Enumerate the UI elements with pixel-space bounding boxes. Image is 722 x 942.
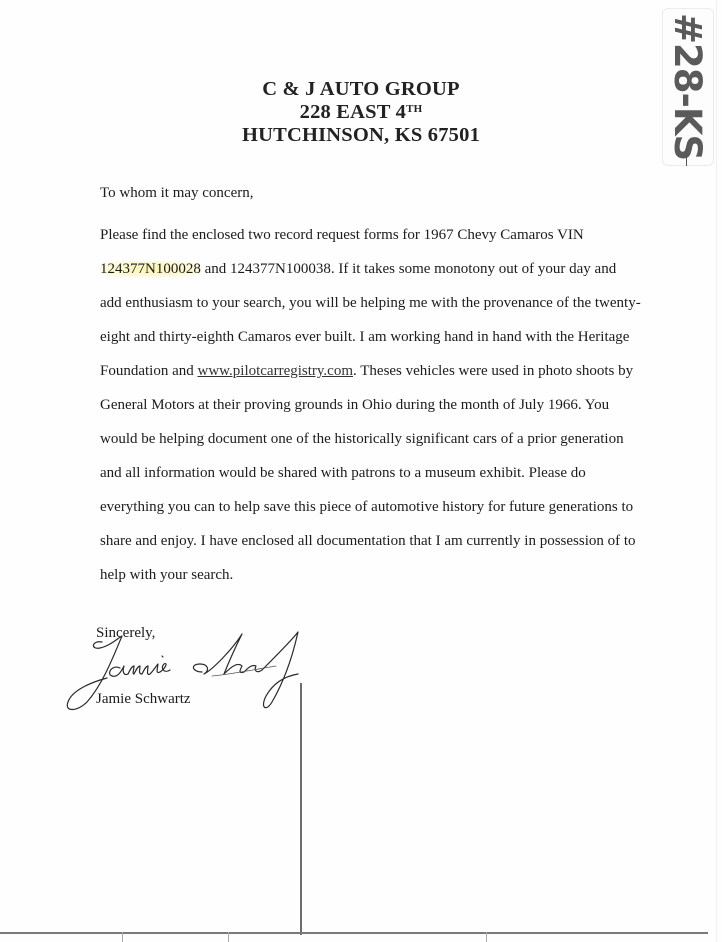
line-text: . Theses vehicles were used in photo sho… [353, 363, 633, 379]
body-line: 124377N100028 and 124377N100038. If it t… [100, 252, 620, 286]
body-line: General Motors at their proving grounds … [100, 388, 620, 422]
handwritten-tag: #28-KS [663, 10, 711, 164]
body-line: and all information would be shared with… [100, 456, 620, 490]
letterhead: C & J AUTO GROUP 228 EAST 4TH HUTCHINSON… [0, 78, 722, 147]
tag-mark [686, 148, 687, 166]
body-line: add enthusiasm to your search, you will … [100, 286, 620, 320]
signer-name: Jamie Schwartz [96, 689, 191, 709]
letter-body: Please find the enclosed two record requ… [100, 218, 620, 592]
body-line: share and enjoy. I have enclosed all doc… [100, 524, 620, 558]
city-state-zip: HUTCHINSON, KS 67501 [0, 124, 722, 147]
scan-frame-tick [486, 932, 487, 942]
line-text: eight and thirty-eighth Camaros ever bui… [100, 329, 629, 345]
company-name: C & J AUTO GROUP [0, 78, 722, 101]
scan-frame-horizontal-line [0, 932, 708, 934]
body-line: Foundation and www.pilotcarregistry.com.… [100, 354, 620, 388]
line-text: General Motors at their proving grounds … [100, 397, 609, 413]
line-text: help with your search. [100, 567, 233, 583]
line-text: share and enjoy. I have enclosed all doc… [100, 533, 636, 549]
body-line: would be helping document one of the his… [100, 422, 620, 456]
line-text: and all information would be shared with… [100, 465, 586, 481]
line-text: add enthusiasm to your search, you will … [100, 295, 641, 311]
body-line: everything you can to help save this pie… [100, 490, 620, 524]
street-text: 228 EAST 4 [300, 101, 406, 123]
line-text: would be helping document one of the his… [100, 431, 624, 447]
street-address: 228 EAST 4TH [0, 101, 722, 124]
scan-frame-tick [228, 932, 229, 942]
body-line: eight and thirty-eighth Camaros ever bui… [100, 320, 620, 354]
highlighted-vin: 124377N100028 [100, 261, 201, 277]
scan-frame-tick [122, 932, 123, 942]
scanned-letter-page: C & J AUTO GROUP 228 EAST 4TH HUTCHINSON… [0, 0, 722, 942]
scan-frame-vertical-line [300, 683, 302, 935]
line-text: Please find the enclosed two record requ… [100, 227, 584, 243]
salutation: To whom it may concern, [100, 183, 254, 203]
line-text: and 124377N100038. If it takes some mono… [201, 261, 616, 277]
body-line: help with your search. [100, 558, 620, 592]
line-text: everything you can to help save this pie… [100, 499, 633, 515]
body-line: Please find the enclosed two record requ… [100, 218, 620, 252]
line-text: Foundation and [100, 363, 198, 379]
street-suffix: TH [406, 103, 422, 115]
registry-link[interactable]: www.pilotcarregistry.com [198, 363, 354, 379]
